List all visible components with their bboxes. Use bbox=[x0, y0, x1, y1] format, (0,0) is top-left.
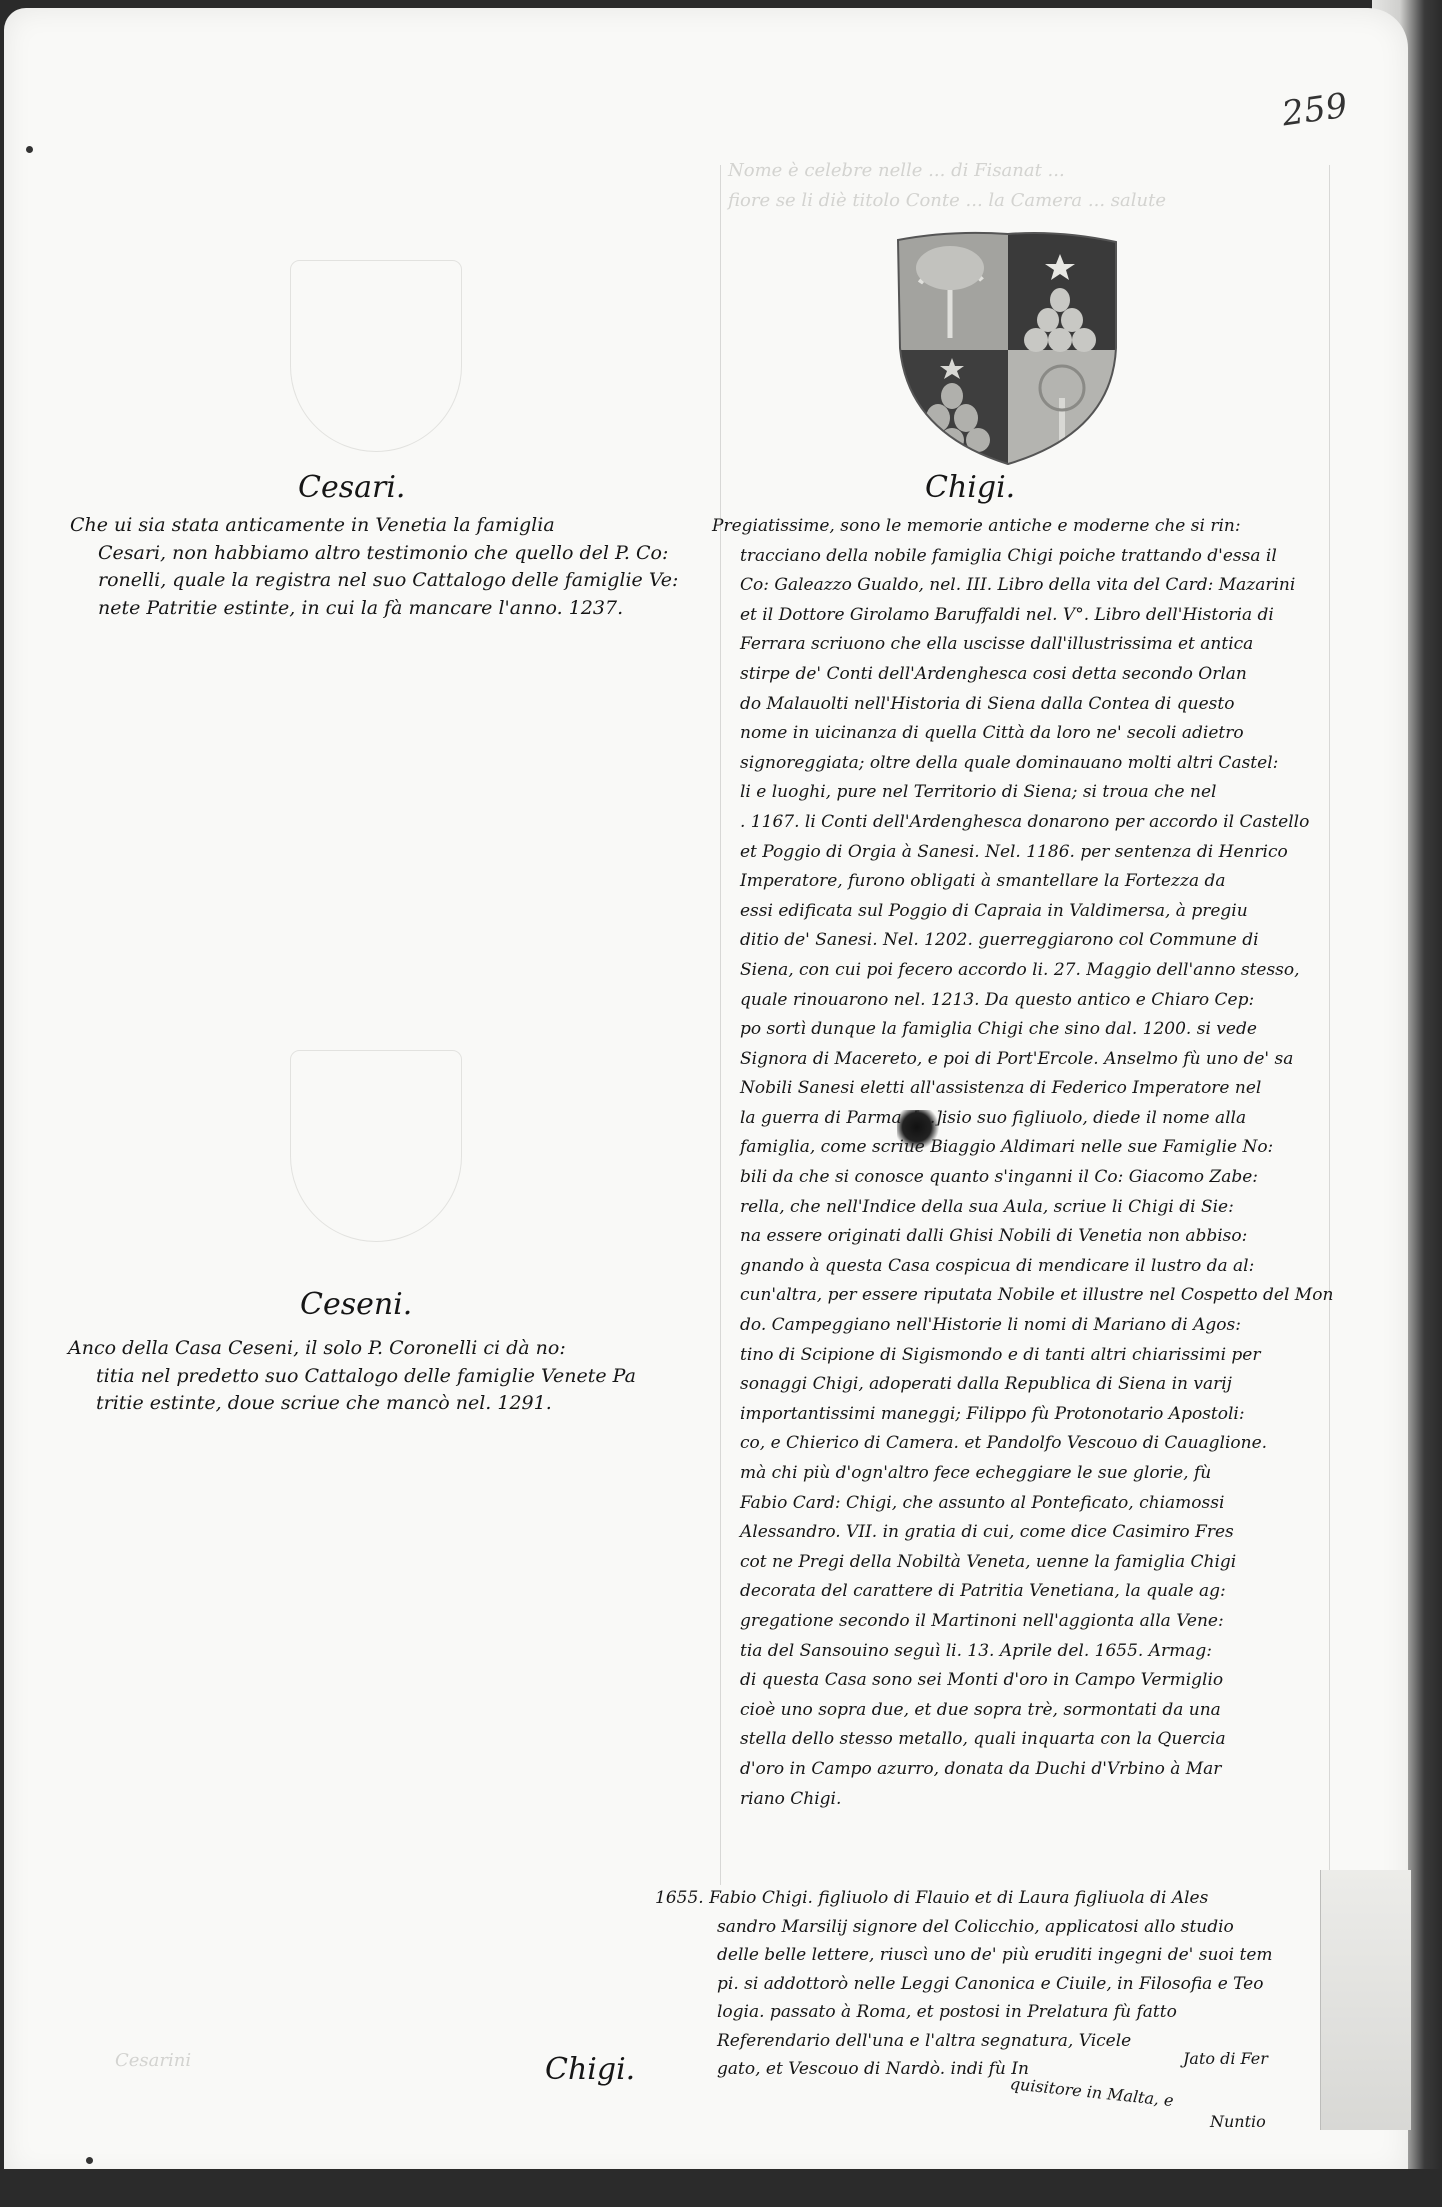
text-line: tritie estinte, doue scriue che mancò ne… bbox=[68, 1390, 636, 1418]
text-line: cot ne Pregi della Nobiltà Veneta, uenne… bbox=[712, 1548, 1333, 1578]
text-line: gnando à questa Casa cospicua di mendica… bbox=[712, 1252, 1333, 1282]
text-line: Anco della Casa Ceseni, il solo P. Coron… bbox=[68, 1335, 636, 1363]
entry-text-chigi: Pregiatissime, sono le memorie antiche e… bbox=[712, 512, 1333, 1814]
margin-speck bbox=[26, 146, 33, 153]
text-line: decorata del carattere di Patritia Venet… bbox=[712, 1577, 1333, 1607]
text-line: Pregiatissime, sono le memorie antiche e… bbox=[712, 512, 1333, 542]
text-line: Imperatore, furono obligati à smantellar… bbox=[712, 867, 1333, 897]
fold-fragment: Nuntio bbox=[1210, 2108, 1266, 2136]
ghost-shield-outline bbox=[290, 260, 462, 452]
text-line: Nobili Sanesi eletti all'assistenza di F… bbox=[712, 1074, 1333, 1104]
text-line: titia nel predetto suo Cattalogo delle f… bbox=[68, 1363, 636, 1391]
text-line: tracciano della nobile famiglia Chigi po… bbox=[712, 542, 1333, 572]
text-line: Che ui sia stata anticamente in Venetia … bbox=[70, 512, 678, 540]
text-line: et Poggio di Orgia à Sanesi. Nel. 1186. … bbox=[712, 838, 1333, 868]
text-line: famiglia, come scriue Biaggio Aldimari n… bbox=[712, 1133, 1333, 1163]
ghost-shield-outline bbox=[290, 1050, 462, 1242]
fold-fragment: Jato di Fer bbox=[1183, 2045, 1268, 2073]
text-line: . 1167. li Conti dell'Ardenghesca donaro… bbox=[712, 808, 1333, 838]
bleed-through-line: fiore se li diè titolo Conte ... la Came… bbox=[728, 190, 1166, 211]
text-line: importantissimi maneggi; Filippo fù Prot… bbox=[712, 1400, 1333, 1430]
text-line: Siena, con cui poi fecero accordo li. 27… bbox=[712, 956, 1333, 986]
text-line: tino di Scipione di Sigismondo e di tant… bbox=[712, 1341, 1333, 1371]
text-line: gregatione secondo il Martinoni nell'agg… bbox=[712, 1607, 1333, 1637]
text-line: cun'altra, per essere riputata Nobile et… bbox=[712, 1281, 1333, 1311]
bleed-through-line: Nome è celebre nelle ... di Fisanat ... bbox=[728, 160, 1065, 181]
text-line: nome in uicinanza di quella Città da lor… bbox=[712, 719, 1333, 749]
text-line: ditio de' Sanesi. Nel. 1202. guerreggiar… bbox=[712, 926, 1333, 956]
text-line: pi. si addottorò nelle Leggi Canonica e … bbox=[655, 1970, 1273, 1999]
note-year: 1655. bbox=[655, 1888, 704, 1908]
text-line: gato, et Vescouo di Nardò. indi fù In bbox=[655, 2055, 1273, 2084]
text-line: essi edificata sul Poggio di Capraia in … bbox=[712, 897, 1333, 927]
entry-heading-ceseni: Ceseni. bbox=[300, 1287, 412, 1322]
note-first-line: 1655. Fabio Chigi. figliuolo di Flauio e… bbox=[655, 1884, 1273, 1913]
text-line: rella, che nell'Indice della sua Aula, s… bbox=[712, 1193, 1333, 1223]
folded-paper-flap bbox=[1320, 1870, 1411, 2130]
ink-blot bbox=[897, 1110, 941, 1148]
margin-speck bbox=[86, 2157, 93, 2164]
text-line: po sortì dunque la famiglia Chigi che si… bbox=[712, 1015, 1333, 1045]
text-line: delle belle lettere, riuscì uno de' più … bbox=[655, 1941, 1273, 1970]
text-line: Ferrara scriuono che ella uscisse dall'i… bbox=[712, 630, 1333, 660]
text-line: stirpe de' Conti dell'Ardenghesca cosi d… bbox=[712, 660, 1333, 690]
text-line: tia del Sansouino seguì li. 13. Aprile d… bbox=[712, 1637, 1333, 1667]
text-line: di questa Casa sono sei Monti d'oro in C… bbox=[712, 1666, 1333, 1696]
text-line: mà chi più d'ogn'altro fece echeggiare l… bbox=[712, 1459, 1333, 1489]
text-line: Fabio Card: Chigi, che assunto al Pontef… bbox=[712, 1489, 1333, 1519]
text-line: la guerra di Parma. [...]isio suo figliu… bbox=[712, 1104, 1333, 1134]
text-line: Referendario dell'una e l'altra segnatur… bbox=[655, 2027, 1273, 2056]
text-line: Alessandro. VII. in gratia di cui, come … bbox=[712, 1518, 1333, 1548]
coat-of-arms-icon bbox=[890, 228, 1120, 468]
text-line: bili da che si conosce quanto s'inganni … bbox=[712, 1163, 1333, 1193]
text-line: quale rinouarono nel. 1213. Da questo an… bbox=[712, 986, 1333, 1016]
text-line: Cesari, non habbiamo altro testimonio ch… bbox=[70, 540, 678, 568]
text-line: ronelli, quale la registra nel suo Catta… bbox=[70, 567, 678, 595]
scan-background-bottom bbox=[0, 2169, 1442, 2207]
entry-heading-chigi: Chigi. bbox=[925, 470, 1015, 505]
text-line: logia. passato à Roma, et postosi in Pre… bbox=[655, 1998, 1273, 2027]
text-line: Signora di Macereto, e poi di Port'Ercol… bbox=[712, 1045, 1333, 1075]
text-line: signoreggiata; oltre della quale dominau… bbox=[712, 749, 1333, 779]
text-line: riano Chigi. bbox=[712, 1785, 1333, 1815]
footer-label-chigi: Chigi. bbox=[545, 2052, 635, 2087]
text-line: et il Dottore Girolamo Baruffaldi nel. V… bbox=[712, 601, 1333, 631]
text-line: do Malauolti nell'Historia di Siena dall… bbox=[712, 690, 1333, 720]
text-line: Co: Galeazzo Gualdo, nel. III. Libro del… bbox=[712, 571, 1333, 601]
text-line: sonaggi Chigi, adoperati dalla Republica… bbox=[712, 1370, 1333, 1400]
text-line: Fabio Chigi. figliuolo di Flauio et di L… bbox=[709, 1888, 1208, 1908]
text-line: co, e Chierico di Camera. et Pandolfo Ve… bbox=[712, 1429, 1333, 1459]
text-line: d'oro in Campo azurro, donata da Duchi d… bbox=[712, 1755, 1333, 1785]
note-1655: 1655. Fabio Chigi. figliuolo di Flauio e… bbox=[655, 1884, 1273, 2084]
bleed-through-label: Cesarini bbox=[115, 2050, 191, 2071]
text-line: sandro Marsilij signore del Colicchio, a… bbox=[655, 1913, 1273, 1942]
text-line: na essere originati dalli Ghisi Nobili d… bbox=[712, 1222, 1333, 1252]
text-line: cioè uno sopra due, et due sopra trè, so… bbox=[712, 1696, 1333, 1726]
text-line: do. Campeggiano nell'Historie li nomi di… bbox=[712, 1311, 1333, 1341]
entry-text-ceseni: Anco della Casa Ceseni, il solo P. Coron… bbox=[68, 1335, 636, 1418]
text-line: nete Patritie estinte, in cui la fà manc… bbox=[70, 595, 678, 623]
text-line: stella dello stesso metallo, quali inqua… bbox=[712, 1725, 1333, 1755]
entry-text-cesari: Che ui sia stata anticamente in Venetia … bbox=[70, 512, 678, 622]
entry-heading-cesari: Cesari. bbox=[298, 470, 405, 505]
text-line: li e luoghi, pure nel Territorio di Sien… bbox=[712, 778, 1333, 808]
